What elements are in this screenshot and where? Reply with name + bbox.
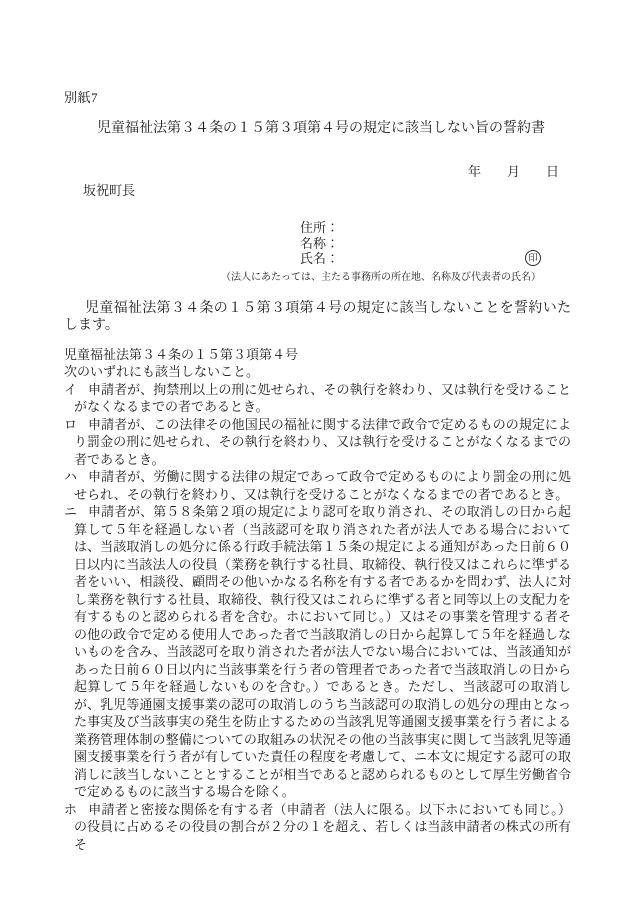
signature-address-row: 住所： — [64, 220, 571, 236]
address-label: 住所： — [300, 220, 339, 235]
law-item-ho: ホ申請者と密接な関係を有する者（申請者（法人に限る。以下ホにおいても同じ。）の役… — [64, 801, 571, 854]
law-item-ro-label: ロ — [64, 416, 88, 434]
law-item-ro: ロ申請者が、この法律その他国民の福祉に関する法律で政令で定めるものの規定により罰… — [64, 416, 571, 469]
document-title: 児童福祉法第３４条の１５第３項第４号の規定に該当しない旨の誓約書 — [64, 120, 571, 138]
law-item-ha: ハ申請者が、労働に関する法律の規定であって政令で定めるものにより罰金の刑に処せら… — [64, 468, 571, 503]
law-item-i-text: 申請者が、拘禁刑以上の刑に処せられ、その執行を終わり、又は執行を受けることがなく… — [74, 382, 571, 415]
law-item-ro-text: 申請者が、この法律その他国民の福祉に関する法律で政令で定めるものの規定により罰金… — [74, 417, 571, 467]
law-item-ni: ニ申請者が、第５８条第２項の規定により認可を取り消され、その取消しの日から起算し… — [64, 503, 571, 801]
law-item-ni-label: ニ — [64, 503, 88, 521]
addressee: 坂祝町長 — [64, 182, 571, 200]
seal-mark-icon: 印 — [525, 250, 541, 266]
signature-person-name-row: 氏名： 印 — [64, 251, 571, 267]
law-item-ni-text: 申請者が、第５８条第２項の規定により認可を取り消され、その取消しの日から起算して… — [74, 504, 571, 799]
law-item-i-label: イ — [64, 381, 88, 399]
signature-note: （法人にあたっては、主たる事務所の所在地、名称及び代表者の氏名） — [64, 271, 571, 285]
signature-org-name-row: 名称： — [64, 236, 571, 252]
law-item-ha-label: ハ — [64, 468, 88, 486]
signature-block: 住所： 名称： 氏名： 印 — [64, 220, 571, 267]
law-reference-heading: 児童福祉法第３４条の１５第３項第４号 — [64, 346, 571, 364]
law-item-ha-text: 申請者が、労働に関する法律の規定であって政令で定めるものにより罰金の刑に処せられ… — [74, 469, 571, 502]
pledge-paragraph: 児童福祉法第３４条の１５第３項第４号の規定に該当しないことを誓約いたします。 — [64, 300, 571, 335]
pledge-document-page: 別紙7 児童福祉法第３４条の１５第３項第４号の規定に該当しない旨の誓約書 年 月… — [0, 0, 630, 903]
document-content: 別紙7 児童福祉法第３４条の１５第３項第４号の規定に該当しない旨の誓約書 年 月… — [64, 89, 571, 853]
law-item-i: イ申請者が、拘禁刑以上の刑に処せられ、その執行を終わり、又は執行を受けることがな… — [64, 381, 571, 416]
law-item-ho-label: ホ — [64, 801, 88, 819]
attachment-label: 別紙7 — [64, 89, 571, 107]
law-item-ho-text: 申請者と密接な関係を有する者（申請者（法人に限る。以下ホにおいても同じ。）の役員… — [74, 802, 571, 852]
org-name-label: 名称： — [300, 236, 339, 251]
person-name-label: 氏名： — [300, 251, 339, 266]
law-reference-intro: 次のいずれにも該当しないこと。 — [64, 363, 571, 381]
date-line: 年 月 日 — [64, 163, 571, 181]
